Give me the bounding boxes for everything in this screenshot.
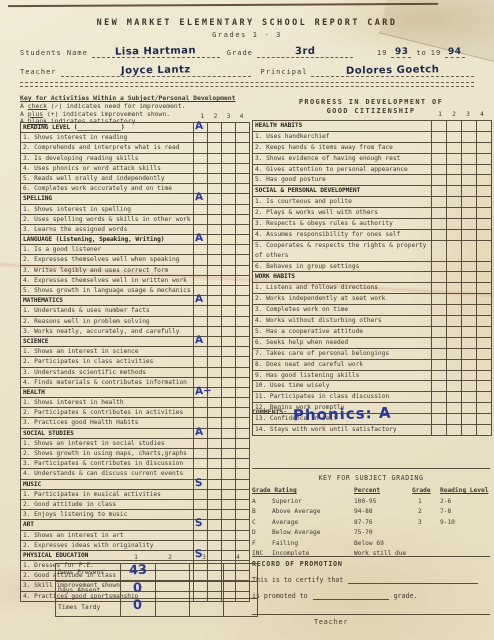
item-label: 3. Respects & obeys rules & authority (253, 219, 431, 229)
grade-cell (461, 283, 476, 293)
item-row: 1. Uses handkerchief (253, 131, 491, 142)
grade-cell (446, 371, 461, 381)
grade-cell (446, 392, 461, 402)
grade-cell (221, 205, 235, 214)
item-label: 5. Has a cooperative attitude (253, 327, 431, 337)
attendance-cell: 0 (120, 599, 154, 616)
item-row: 1. Is a good listener (21, 244, 249, 254)
item-label: 2. Participates & contributes in activit… (21, 408, 193, 417)
item-row: 3. Participates & contributes in discuss… (21, 458, 249, 468)
attendance-cell (223, 599, 257, 616)
item-label: 5. Cooperates & respects the rights & pr… (253, 241, 431, 261)
grade-cell (431, 241, 446, 261)
grade-cell (193, 276, 207, 285)
grade-cell: A (193, 337, 207, 346)
grade-cell (461, 272, 476, 282)
grade-cell (221, 378, 235, 387)
grade-cell (476, 208, 491, 218)
grading-key-header-grade: Grade (412, 487, 440, 495)
grade-cell (193, 154, 207, 163)
item-row: 4. Assumes responsibility for ones self (253, 229, 491, 240)
promotion-name-blank (348, 576, 478, 584)
item-label: 4. Gives attention to personal appearanc… (253, 165, 431, 175)
item-label: 4. Uses phonics or word attack skills (21, 164, 193, 173)
item-row: 3. Works neatly, accurately, and careful… (21, 326, 249, 336)
item-label: 14. Stays with work until satisfactory (253, 425, 431, 435)
item-row: 1. Is courteous and polite (253, 196, 491, 207)
attendance-cell (189, 599, 223, 616)
grade-cell (461, 208, 476, 218)
grade-cell (431, 272, 446, 282)
grade-cell (235, 388, 249, 397)
item-label: 2. Shows growth in using maps, charts,gr… (21, 449, 193, 458)
item-label: 1. Is courteous and polite (253, 197, 431, 207)
item-label: 3. Writes legibly and uses correct form (21, 266, 193, 275)
grade-cell (476, 262, 491, 272)
item-row: 11. Participates in class discussion (253, 391, 491, 402)
grade-cell (235, 357, 249, 366)
grade-cell (476, 338, 491, 348)
grade-cell (207, 449, 221, 458)
grade-cell (207, 429, 221, 438)
grade-cell (461, 349, 476, 359)
item-row: 4. Expresses themselves well in written … (21, 275, 249, 285)
grade-cell (207, 490, 221, 499)
item-row: 6. Seeks help when needed (253, 337, 491, 348)
grading-key-cell (440, 529, 490, 537)
attendance-cell: 43 (120, 564, 154, 581)
grade-cell (207, 408, 221, 417)
attendance-cell (189, 564, 223, 581)
item-row: 1. Listens and follows directions (253, 282, 491, 293)
grade-cell (446, 305, 461, 315)
subject-name: ART (21, 520, 193, 529)
grade-cell (235, 347, 249, 356)
attendance-cell (155, 564, 189, 581)
grade-cell (235, 520, 249, 529)
handwritten-grade: A (195, 192, 204, 202)
item-label: 6. Completes work accurately and on time (21, 184, 193, 193)
grade-cell (461, 219, 476, 229)
grade-cell (235, 164, 249, 173)
grade-cell (221, 235, 235, 244)
grade-cell (207, 215, 221, 224)
item-label: 1. Shows an interest in science (21, 347, 193, 356)
grade-cell (235, 337, 249, 346)
grade-cell (461, 186, 476, 196)
grade-cell: S (193, 480, 207, 489)
grading-key-title: KEY FOR SUBJECT GRADING (252, 474, 490, 482)
grade-cell (207, 459, 221, 468)
grade-cell (235, 398, 249, 407)
item-label: 1. Uses handkerchief (253, 132, 431, 142)
item-row: 2. Comprehends and interprets what is re… (21, 142, 249, 152)
promotion-line1: This is to certify that (252, 576, 490, 584)
subject-name: READING LEVEL (____________) (21, 123, 193, 132)
item-row: 1. Shows an interest in science (21, 346, 249, 356)
grade-cell (446, 186, 461, 196)
grade-cell (207, 164, 221, 173)
grade-cell (221, 164, 235, 173)
column-number: 4 (235, 113, 248, 120)
item-label: 1. Shows interest in health (21, 398, 193, 407)
grading-key-header-reading: Reading Level (440, 487, 490, 495)
grade-cell (193, 368, 207, 377)
subject-name: MATHEMATICS (21, 296, 193, 305)
grade-cell (431, 230, 446, 240)
item-label: 4. Assumes responsibility for ones self (253, 230, 431, 240)
column-number: 1 (433, 111, 447, 118)
grade-cell (235, 500, 249, 509)
handwritten-grade: A+ (195, 385, 212, 396)
grading-key-cell: Average (272, 519, 354, 527)
grade-cell (476, 294, 491, 304)
grade-cell (446, 208, 461, 218)
attendance-cell (223, 582, 257, 599)
subject-name: SOCIAL & PERSONAL DEVELOPMENT (253, 186, 431, 196)
grade-cell (235, 286, 249, 295)
attendance-cell (155, 582, 189, 599)
grade-cell (446, 360, 461, 370)
grade-cell (221, 337, 235, 346)
grading-key-cell: D (252, 529, 272, 537)
promotion-line2: is promoted to grade. (252, 592, 490, 600)
left-column-numbers: 1234 (196, 113, 248, 120)
grade-cell (235, 306, 249, 315)
grade-cell (235, 459, 249, 468)
item-label: 3. Completes work on time (253, 305, 431, 315)
promotion-section: RECORD OF PROMOTION This is to certify t… (252, 556, 490, 626)
item-row: 4. Gives attention to personal appearanc… (253, 164, 491, 175)
grade-cell (431, 186, 446, 196)
item-row: 4. Works without disturbing others (253, 315, 491, 326)
grade-cell (476, 143, 491, 153)
grade-cell: A (193, 235, 207, 244)
item-row: 5. Has a cooperative attitude (253, 326, 491, 337)
subject-header-row: SOCIAL & PERSONAL DEVELOPMENT (253, 185, 491, 196)
grade-cell (221, 245, 235, 254)
report-card-page: NEW MARKET ELEMENTARY SCHOOL REPORT CARD… (0, 0, 494, 640)
item-label: 1. Understands & uses number facts (21, 306, 193, 315)
grade-cell (207, 368, 221, 377)
item-label: 4. Expresses themselves well in written … (21, 276, 193, 285)
teacher-signature-label: Teacher (314, 618, 490, 626)
grade-cell (207, 541, 221, 550)
grade-cell (221, 429, 235, 438)
item-row: 3. Writes legibly and uses correct form (21, 265, 249, 275)
grade-cell (446, 294, 461, 304)
grade-cell (461, 154, 476, 164)
grade-cell (461, 360, 476, 370)
key-title: Key for Activities Within a Subject/Pers… (20, 95, 250, 102)
grade-cell (221, 551, 235, 560)
item-row: 2. Participates & contributes in activit… (21, 407, 249, 417)
grade-cell (476, 241, 491, 261)
handwritten-grade: S (195, 518, 203, 528)
promotion-title: RECORD OF PROMOTION (252, 560, 490, 568)
grade-cell (461, 132, 476, 142)
year-end-value: 94 (448, 48, 462, 56)
grade-cell (193, 449, 207, 458)
item-label: 2. Participates in class activities (21, 357, 193, 366)
grade-cell (431, 219, 446, 229)
grade-cell (221, 418, 235, 427)
grade-cell (446, 143, 461, 153)
subject-name: WORK HABITS (253, 272, 431, 282)
column-number: 2 (209, 113, 222, 120)
comments-label: COMMENTS: (252, 408, 287, 416)
grade-cell (221, 531, 235, 540)
grade-cell (207, 469, 221, 478)
grade-cell (193, 164, 207, 173)
grade-cell (221, 357, 235, 366)
handwritten-grade: A (195, 335, 204, 345)
item-label: 3. Participates & contributes in discuss… (21, 459, 193, 468)
grade-cell (431, 360, 446, 370)
grade-cell (446, 175, 461, 185)
grade-cell (207, 327, 221, 336)
grade-cell (207, 520, 221, 529)
grading-key-cell: Below 69 (354, 540, 412, 548)
grade-cell (446, 197, 461, 207)
grade-cell (221, 174, 235, 183)
grade-cell (193, 317, 207, 326)
subject-name: HEALTH HABITS (253, 121, 431, 131)
grade-cell (221, 469, 235, 478)
grade-cell (476, 219, 491, 229)
item-label: 3. Is developing reading skills (21, 154, 193, 163)
grade-cell (235, 245, 249, 254)
item-row: 10. Uses time wisely (253, 380, 491, 391)
citizenship-heading-line1: PROGRESS IN DEVELOPMENT OF (252, 98, 490, 107)
attendance-value: 0 (133, 599, 143, 613)
grade-cell (221, 286, 235, 295)
grade-cell: A (193, 194, 207, 203)
item-label: 8. Does neat and careful work (253, 360, 431, 370)
attendance-label: Days Absent (56, 582, 120, 599)
grade-cell (461, 121, 476, 131)
scan-edge-line (8, 3, 438, 7)
item-row: 3. Practices good Health Habits (21, 417, 249, 427)
handwritten-grade: A (195, 426, 204, 436)
grade-cell (207, 296, 221, 305)
grade-cell (446, 283, 461, 293)
grading-key-cell: 7-8 (440, 508, 490, 516)
grading-key-cell: B (252, 508, 272, 516)
grade-field: 3rd (257, 48, 353, 58)
attendance-row: Days Present43 (56, 564, 257, 581)
grading-key-cell (440, 540, 490, 548)
item-label: 3. Understands scientific methods (21, 368, 193, 377)
grade-cell (193, 398, 207, 407)
handwritten-grade: A (195, 233, 204, 243)
grading-key-cell (412, 529, 440, 537)
grade-cell (235, 266, 249, 275)
grade-cell (461, 175, 476, 185)
grade-cell (446, 262, 461, 272)
grading-key-cell: Above Average (272, 508, 354, 516)
grade-cell (461, 262, 476, 272)
grade-cell (207, 225, 221, 234)
grade-cell (446, 121, 461, 131)
item-row: 3. Shows evidence of having enough rest (253, 153, 491, 164)
grade-cell (235, 143, 249, 152)
item-label: 10. Uses time wisely (253, 381, 431, 391)
grade-cell (207, 500, 221, 509)
grade-cell: A+ (193, 388, 207, 397)
student-info-row: Students Name Lisa Hartman Grade 3rd 19 … (20, 48, 474, 58)
grade-cell (446, 316, 461, 326)
grade-cell (431, 175, 446, 185)
item-row: 3. Completes work on time (253, 304, 491, 315)
item-label: 1. Listens and follows directions (253, 283, 431, 293)
grade-cell (235, 541, 249, 550)
subject-name: MUSIC (21, 480, 193, 489)
citizenship-table: HEALTH HABITS1. Uses handkerchief2. Keep… (252, 120, 492, 436)
grade-cell (461, 305, 476, 315)
item-label: 3. Enjoys listening to music (21, 510, 193, 519)
subject-name: SCIENCE (21, 337, 193, 346)
grade-cell (221, 490, 235, 499)
grade-cell (193, 266, 207, 275)
grade-cell (476, 230, 491, 240)
grade-cell (235, 418, 249, 427)
item-label: 4. Works without disturbing others (253, 316, 431, 326)
grade-cell (461, 371, 476, 381)
item-row: 2. Shows growth in using maps, charts,gr… (21, 448, 249, 458)
item-row: 3. Learns the assigned words (21, 224, 249, 234)
grade-cell (221, 306, 235, 315)
year-end-field: 94 (445, 48, 465, 58)
grade-cell (207, 480, 221, 489)
grading-key-cell: 9-10 (440, 519, 490, 527)
grade-cell (207, 266, 221, 275)
attendance-label: Times Tardy (56, 599, 120, 616)
attendance-cell (155, 599, 189, 616)
teacher-signature-line (252, 614, 490, 615)
grade-cell (431, 154, 446, 164)
grade-cell (235, 510, 249, 519)
item-label: 4. Understands & can discuss current eve… (21, 469, 193, 478)
attendance-label: Days Present (56, 564, 120, 581)
subject-header-row: LANGUAGE (Listening, Speaking, Writing)A (21, 234, 249, 244)
item-row: 1. Shows an interest in social studies (21, 438, 249, 448)
handwritten-grade: A (195, 121, 204, 131)
grade-cell (476, 175, 491, 185)
grade-cell: A (193, 123, 207, 132)
dashed-separator (20, 82, 474, 87)
grade-cell (207, 143, 221, 152)
item-label: 4. Finds materials & contributes informa… (21, 378, 193, 387)
grade-cell (207, 531, 221, 540)
grade-cell (446, 425, 461, 435)
item-label: 1. Is a good listener (21, 245, 193, 254)
item-label: 5. Shows growth in language usage & mech… (21, 286, 193, 295)
subject-header-row: MUSICS (21, 479, 249, 489)
grade-cell (207, 347, 221, 356)
grade-cell (431, 425, 446, 435)
item-label: 2. Comprehends and interprets what is re… (21, 143, 193, 152)
grade-cell (446, 327, 461, 337)
grade-cell (221, 541, 235, 550)
subject-header-row: PHYSICAL EDUCATIONS (21, 550, 249, 560)
subjects-table: READING LEVEL (____________)A1. Shows in… (20, 122, 250, 602)
grade-cell (476, 154, 491, 164)
handwritten-grade: S (195, 477, 203, 487)
item-label: 3. Works neatly, accurately, and careful… (21, 327, 193, 336)
item-row: 2. Keeps hands & items away from face (253, 142, 491, 153)
grade-cell (431, 316, 446, 326)
grade-cell (476, 283, 491, 293)
subject-header-row: SPELLINGA (21, 193, 249, 203)
grade-cell (221, 327, 235, 336)
grade-cell: S (193, 551, 207, 560)
column-number: 2 (447, 111, 461, 118)
grade-cell (235, 205, 249, 214)
item-row: 2. Expresses ideas with originality (21, 540, 249, 550)
item-label: 2. Uses spelling words & skills in other… (21, 215, 193, 224)
item-label: 1. Shows an interest in art (21, 531, 193, 540)
grade-cell (476, 371, 491, 381)
grade-cell (221, 276, 235, 285)
grade-cell (461, 294, 476, 304)
item-label: 9. Has good listening skills (253, 371, 431, 381)
grade-cell (221, 449, 235, 458)
item-label: 6. Behaves in group settings (253, 262, 431, 272)
grade-cell (207, 357, 221, 366)
grade-cell (193, 439, 207, 448)
grading-key-cell: 1 (412, 498, 440, 506)
grade-cell (461, 392, 476, 402)
grade-cell (235, 225, 249, 234)
item-label: 2. Good attitude in class (21, 500, 193, 509)
grade-cell (235, 235, 249, 244)
grading-key-cell: Superior (272, 498, 354, 506)
grade-cell (207, 154, 221, 163)
item-label: 11. Participates in class discussion (253, 392, 431, 402)
grading-key-cell: 2-6 (440, 498, 490, 506)
item-row: 1. Shows interest in spelling (21, 204, 249, 214)
grade-cell (446, 154, 461, 164)
subject-name: SOCIAL STUDIES (21, 429, 193, 438)
grade-cell (235, 154, 249, 163)
grade-cell (221, 123, 235, 132)
grade-cell (207, 184, 221, 193)
grade-cell (446, 338, 461, 348)
column-number: 3 (461, 111, 475, 118)
grade-cell (431, 165, 446, 175)
grade-cell (207, 235, 221, 244)
grade-cell (235, 429, 249, 438)
grade-cell (431, 392, 446, 402)
item-row: 2. Participates in class activities (21, 356, 249, 366)
item-label: 6. Seeks help when needed (253, 338, 431, 348)
grade-cell (476, 392, 491, 402)
grade-cell (207, 337, 221, 346)
grade-cell (446, 349, 461, 359)
grading-key-cell: C (252, 519, 272, 527)
column-number: 3 (222, 113, 235, 120)
grade-cell (221, 368, 235, 377)
grade-cell (235, 439, 249, 448)
grade-cell (431, 327, 446, 337)
grade-cell (235, 531, 249, 540)
grade-cell (476, 132, 491, 142)
grading-key: KEY FOR SUBJECT GRADING Grade RatingPerc… (252, 468, 490, 558)
item-row: 3. Enjoys listening to music (21, 509, 249, 519)
year-start-field: 93 (391, 48, 411, 58)
item-row: 1. Shows an interest in art (21, 530, 249, 540)
